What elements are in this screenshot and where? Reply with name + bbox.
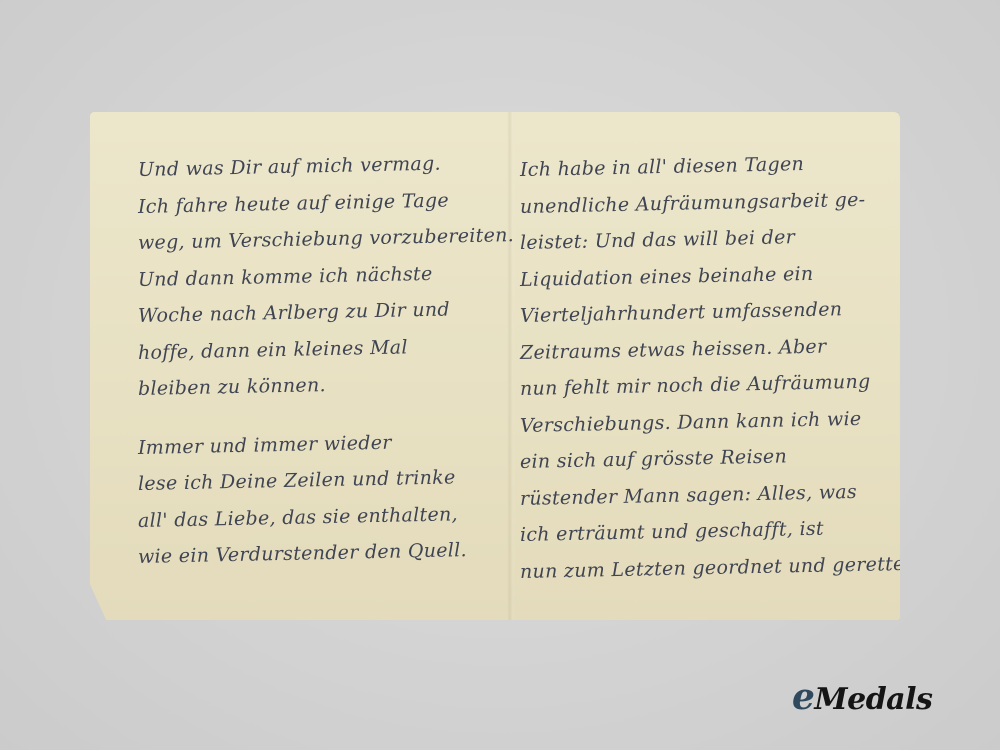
paragraph: Und was Dir auf mich vermag. Ich fahre h… [138, 152, 508, 408]
paragraph: Ich habe in all' diesen Tagen unendliche… [520, 152, 890, 590]
emedals-watermark-logo: eMedals [792, 676, 932, 718]
logo-text: Medals [814, 682, 932, 717]
handwritten-line: nun zum Letzten geordnet und gerettet. [520, 546, 891, 590]
handwritten-line: wie ein Verdurstender den Quell. [138, 531, 509, 575]
paragraph: Immer und immer wieder lese ich Deine Ze… [138, 430, 508, 576]
right-page: Ich habe in all' diesen Tagen unendliche… [520, 152, 890, 590]
logo-prefix: e [792, 676, 814, 718]
letter-sheet: Und was Dir auf mich vermag. Ich fahre h… [90, 112, 900, 620]
left-page: Und was Dir auf mich vermag. Ich fahre h… [138, 152, 508, 576]
handwritten-line: bleiben zu können. [138, 363, 509, 407]
